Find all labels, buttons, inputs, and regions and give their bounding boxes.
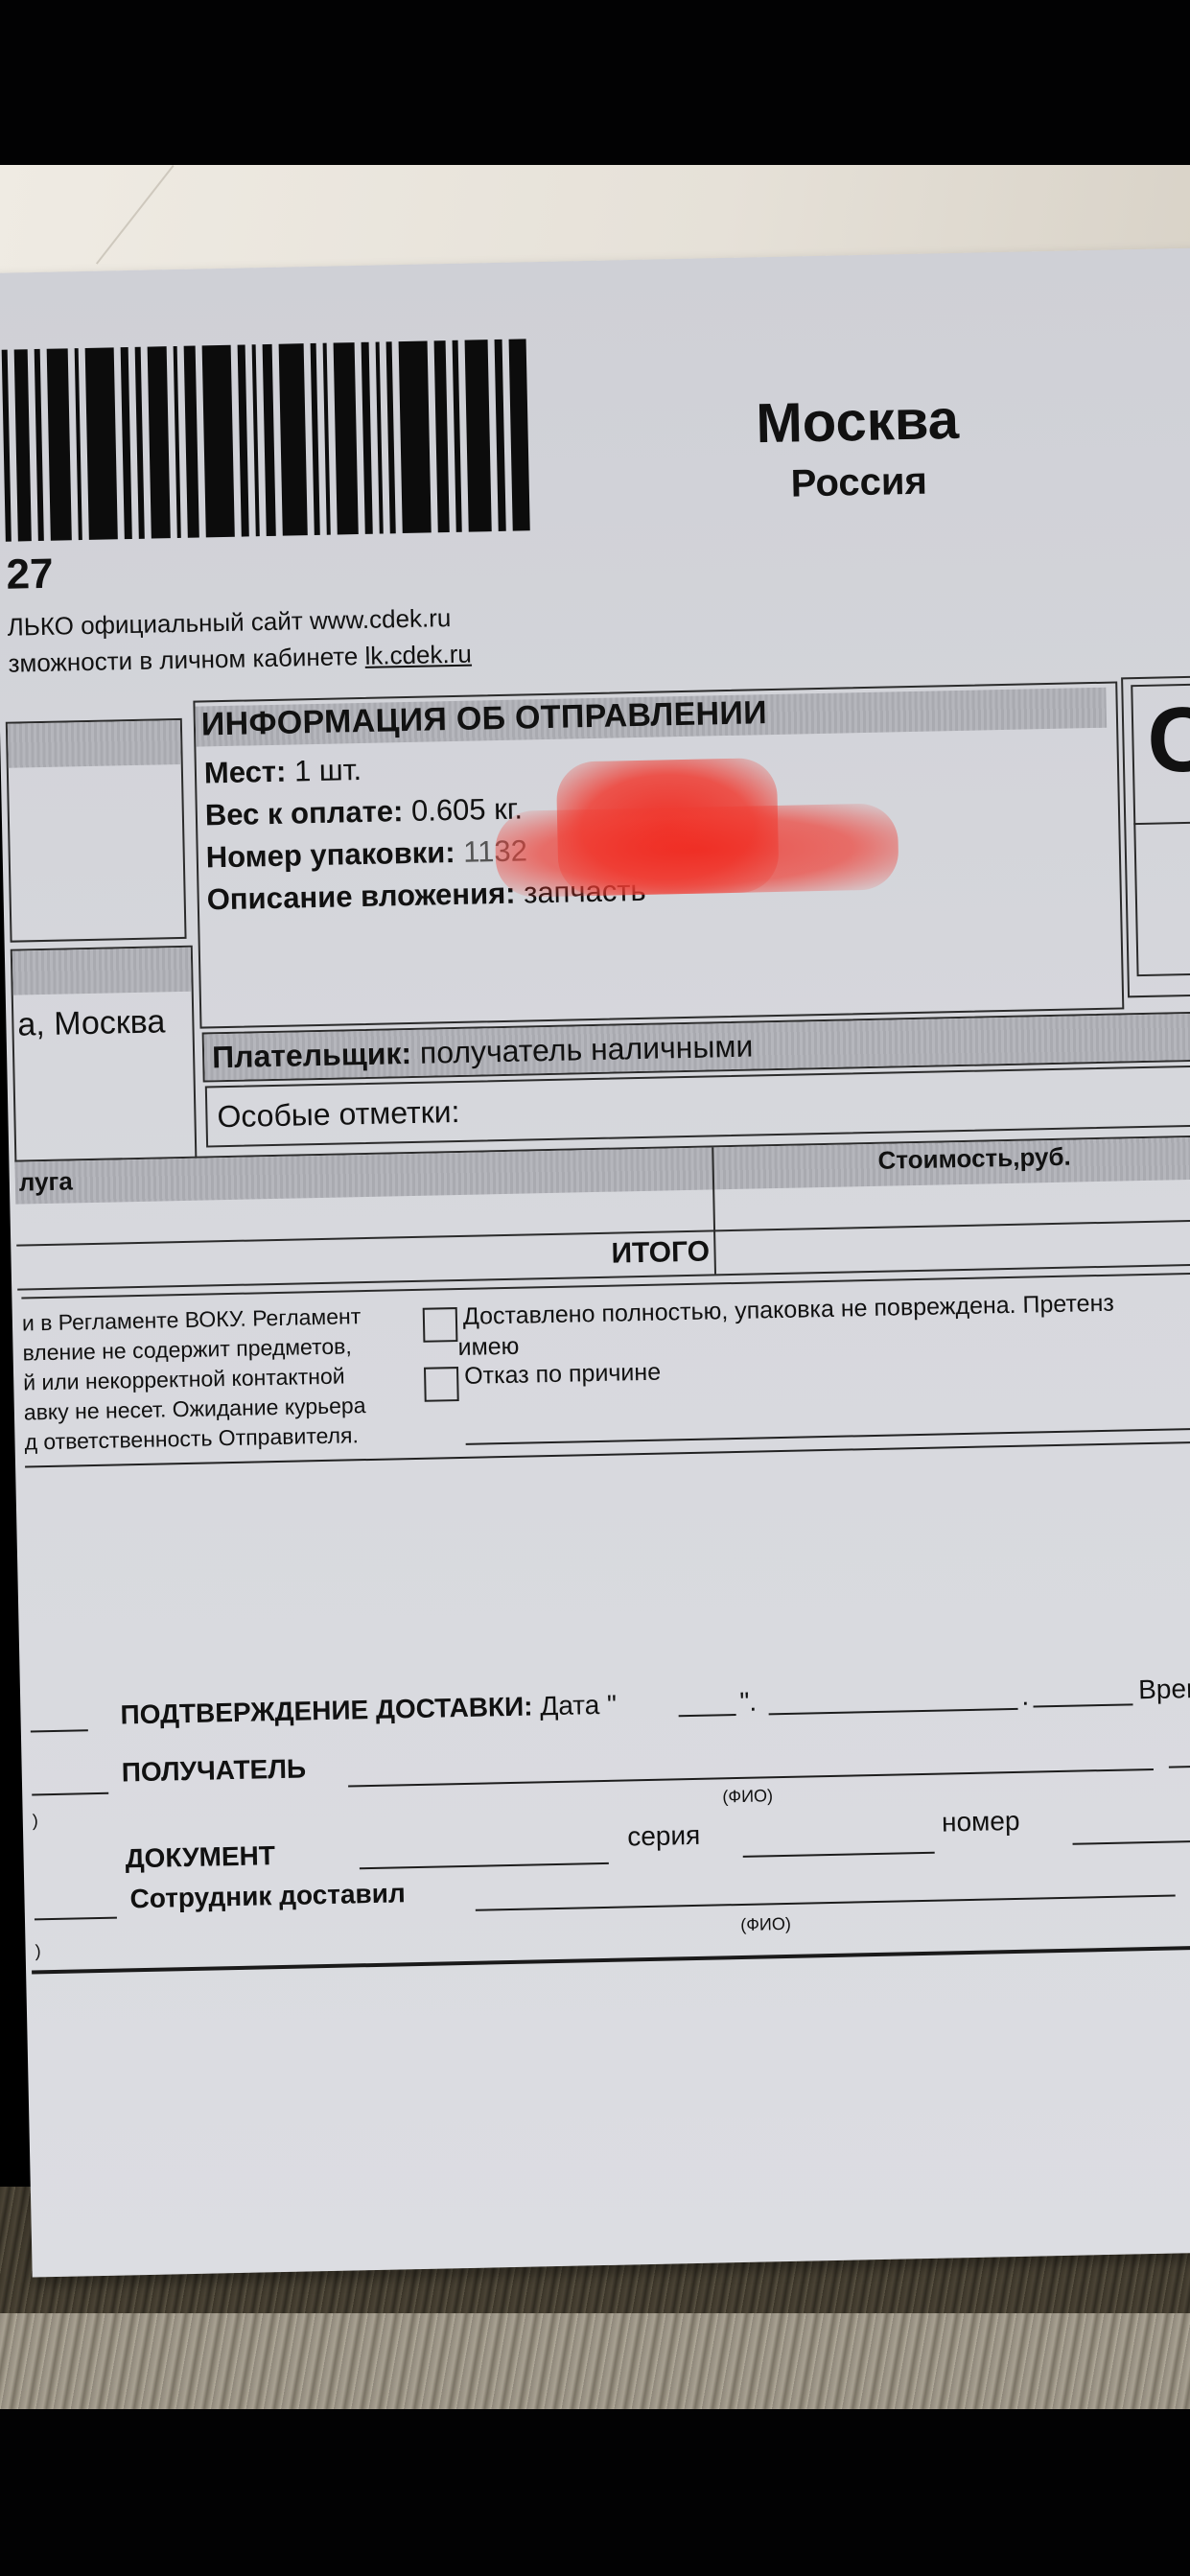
destination-country: Россия: [790, 460, 927, 506]
series-label: серия: [627, 1820, 701, 1853]
barcode-number: 27: [6, 550, 54, 599]
delivered-complete-checkbox[interactable]: [423, 1307, 458, 1343]
series-line[interactable]: [743, 1852, 935, 1858]
cost-column-header: Стоимость,руб.: [877, 1142, 1071, 1176]
recipient-label: ПОЛУЧАТЕЛЬ: [121, 1753, 306, 1788]
viewer-bottom-bar: [0, 2409, 1190, 2576]
courier-name-line[interactable]: [476, 1894, 1176, 1910]
special-marks-label: Особые отметки:: [217, 1094, 460, 1135]
services-table: луга Стоимость,руб. ИТОГО: [14, 1135, 1190, 1291]
route-code-block: С: [1121, 675, 1190, 998]
date-year-line[interactable]: [1034, 1703, 1133, 1707]
recipient-name-line[interactable]: [348, 1768, 1154, 1788]
terms-text: и в Регламенте ВОКУ. Регламент вление не…: [22, 1301, 367, 1457]
waybill-paper: 27 ЛЬКО официальный сайт www.cdek.ru змо…: [0, 247, 1190, 2277]
recipient-block: а, Москва: [11, 946, 198, 1169]
number-label: номер: [942, 1806, 1020, 1838]
recipient-address: а, Москва: [17, 1003, 166, 1043]
date-month-line[interactable]: [769, 1708, 1018, 1715]
sender-header: [8, 720, 181, 768]
fio-hint: (ФИО): [722, 1786, 773, 1807]
barcode: [2, 339, 537, 542]
lk-cdek-link[interactable]: lk.cdek.ru: [364, 640, 472, 670]
places-row: Мест: 1 шт.: [204, 753, 362, 790]
fio-hint-courier: (ФИО): [740, 1914, 791, 1935]
delivered-complete-label: Доставлено полностью, упаковка не повреж…: [463, 1290, 1115, 1331]
route-code-letter: С: [1146, 687, 1190, 793]
document-type-line[interactable]: [360, 1862, 609, 1869]
shipment-info-block: ИНФОРМАЦИЯ ОБ ОТПРАВЛЕНИИ Мест: 1 шт. Ве…: [193, 681, 1124, 1028]
date-day-line[interactable]: [679, 1714, 736, 1717]
section-divider: [32, 1944, 1190, 1974]
delivery-confirmation-title: ПОДТВЕРЖДЕНИЕ ДОСТАВКИ: Дата ": [120, 1690, 617, 1731]
courier-label: Сотрудник доставил: [129, 1878, 406, 1914]
package-row: Номер упаковки: 1132: [205, 833, 527, 875]
recipient-header: [12, 948, 192, 995]
weight-row: Вес к оплате: 0.605 кг.: [205, 792, 524, 833]
delivered-complete-continuation: имею: [457, 1333, 519, 1362]
number-line[interactable]: [1073, 1839, 1190, 1845]
viewer-top-bar: [0, 0, 1190, 165]
redaction-mark: [495, 803, 899, 898]
total-label: ИТОГО: [611, 1236, 710, 1271]
refusal-checkbox[interactable]: [424, 1367, 459, 1402]
destination-city: Москва: [756, 387, 960, 456]
time-label: Врем: [1138, 1674, 1190, 1705]
service-column-header: луга: [19, 1166, 74, 1197]
document-label: ДОКУМЕНТ: [125, 1840, 275, 1874]
refusal-reason-line[interactable]: [466, 1427, 1190, 1445]
cdek-notice: ЛЬКО официальный сайт www.cdek.ru зможно…: [7, 599, 472, 682]
sender-block: [6, 718, 187, 943]
refusal-label: Отказ по причине: [464, 1359, 661, 1391]
